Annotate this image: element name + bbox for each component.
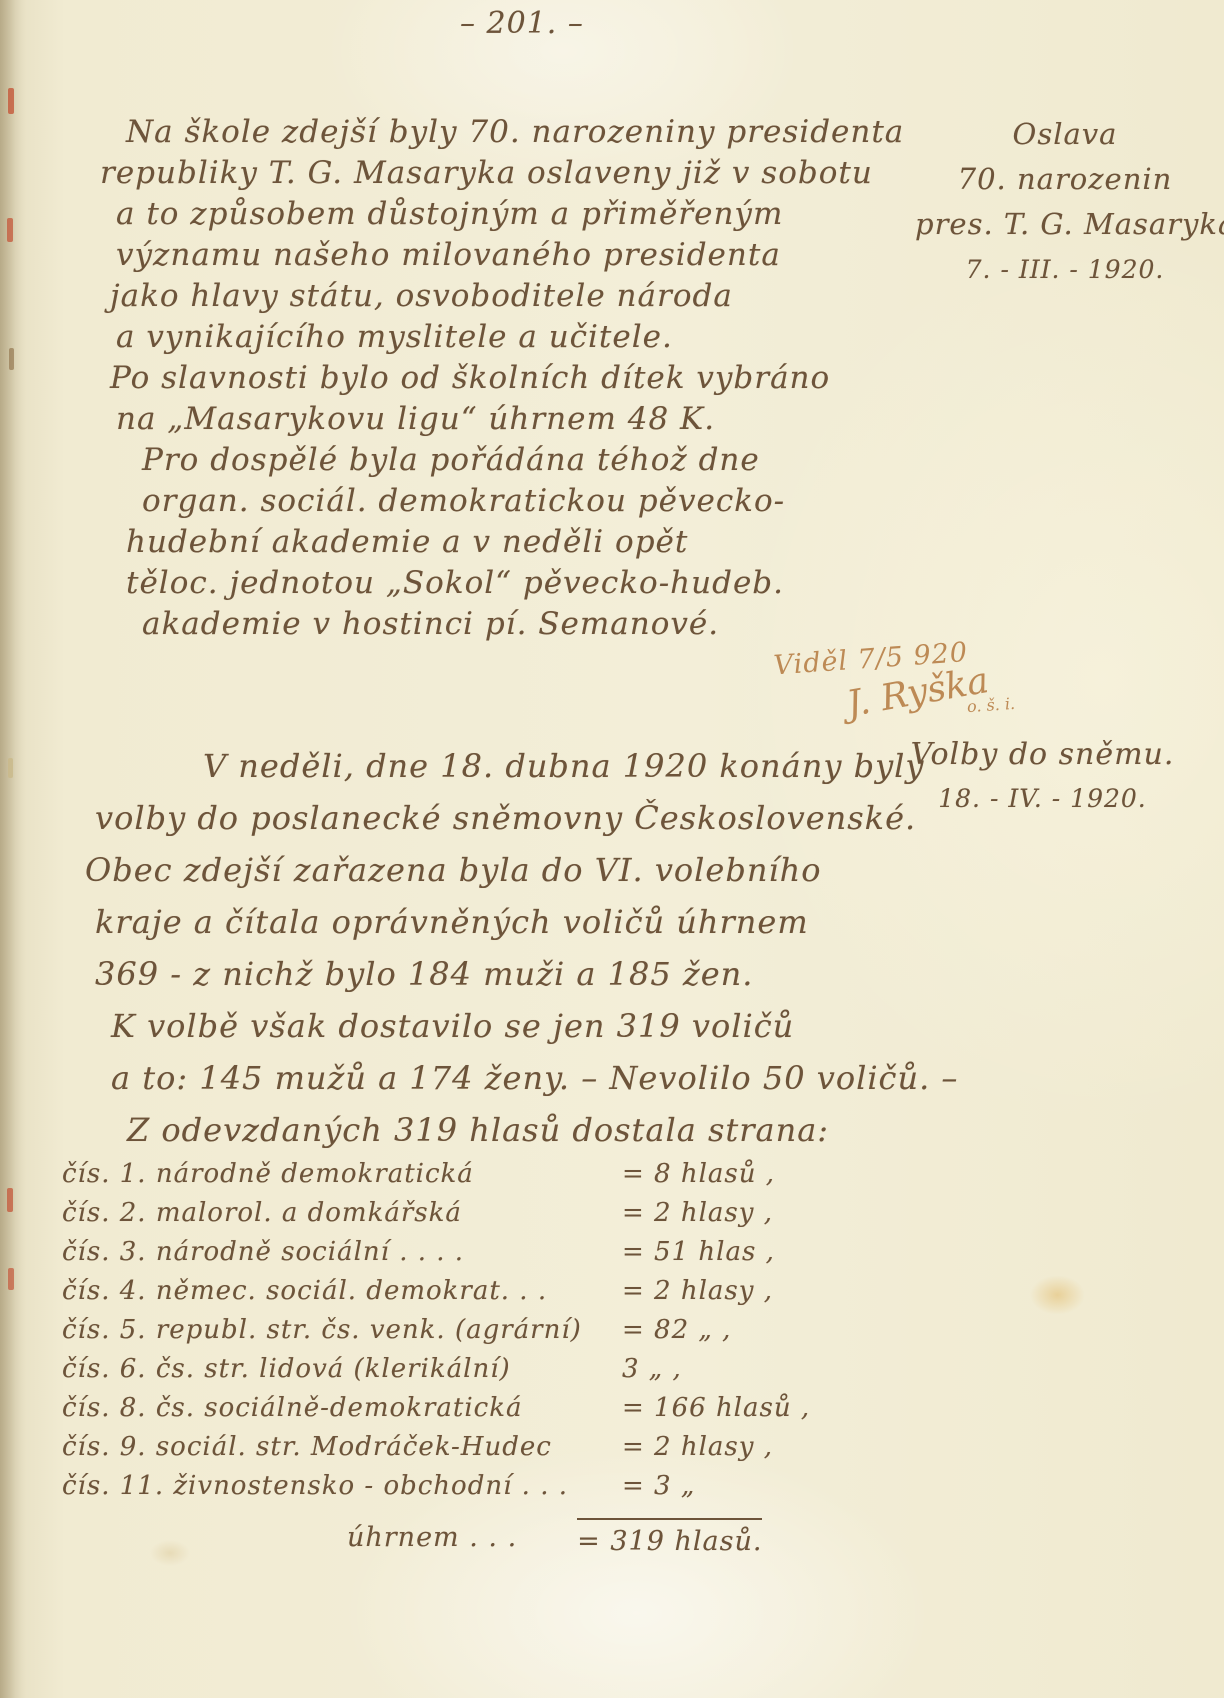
margin-note-line: Volby do sněmu. [870,733,1215,777]
margin-note-elections: Volby do sněmu. 18. - IV. - 1920. [870,733,1215,821]
text-line: 369 - z nichž bylo 184 muži a 185 žen. [85,948,925,1000]
party-label: čís. 11. živnostensko - obchodní . . . [62,1467,622,1506]
party-votes: = 51 hlas , [622,1233,775,1272]
result-row: čís. 6. čs. str. lidová (klerikální) 3 „… [62,1350,942,1389]
text-line: jako hlavy státu, osvoboditele národa [100,276,910,317]
text-line: K volbě však dostavilo se jen 319 voličů [85,1000,925,1052]
total-value: = 319 hlasů. [577,1518,762,1561]
text-line: Obec zdejší zařazena byla do VI. volební… [85,844,925,896]
result-row: čís. 5. republ. str. čs. venk. (agrární)… [62,1311,942,1350]
party-label: čís. 1. národně demokratická [62,1155,622,1194]
party-votes: = 2 hlasy , [622,1272,773,1311]
results-total: úhrnem . . . = 319 hlasů. [347,1518,942,1561]
margin-note-date: 18. - IV. - 1920. [870,777,1215,821]
entry2-paragraph: V neděli, dne 18. dubna 1920 konány byly… [85,740,925,1156]
text-line: a to: 145 mužů a 174 ženy. – Nevolilo 50… [85,1052,925,1104]
entry1-paragraph: Na škole zdejší byly 70. narozeniny pres… [100,112,910,645]
margin-note-line: pres. T. G. Masaryka [915,202,1215,247]
binding-mark [7,1188,13,1212]
party-label: čís. 8. čs. sociálně-demokratická [62,1389,622,1428]
party-label: čís. 3. národně sociální . . . . [62,1233,622,1272]
party-votes: = 8 hlasů , [622,1155,775,1194]
party-votes: 3 „ , [622,1350,682,1389]
text-line: a vynikajícího myslitele a učitele. [100,317,910,358]
text-line: republiky T. G. Masaryka oslaveny již v … [100,153,910,194]
result-row: čís. 1. národně demokratická = 8 hlasů , [62,1155,942,1194]
text-line: kraje a čítala oprávněných voličů úhrnem [85,896,925,948]
party-label: čís. 9. sociál. str. Modráček-Hudec [62,1428,622,1467]
text-line: Z odevzdaných 319 hlasů dostala strana: [85,1104,925,1156]
margin-note-line: 70. narozenin [915,157,1215,202]
margin-note-line: Oslava [915,112,1215,157]
text-line: akademie v hostinci pí. Semanové. [100,604,910,645]
text-line: na „Masarykovu ligu“ úhrnem 48 K. [100,399,910,440]
text-line: Po slavnosti bylo od školních dítek vybr… [100,358,910,399]
total-label: úhrnem . . . [347,1518,517,1561]
text-line: volby do poslanecké sněmovny Českosloven… [85,792,925,844]
paper-stain [1030,1275,1085,1315]
binding-edge [0,0,26,1698]
page-number: – 201. – [460,6,584,41]
binding-mark [9,348,14,370]
chronicle-page: – 201. – Na škole zdejší byly 70. naroze… [0,0,1224,1698]
party-votes: = 3 „ [622,1467,695,1506]
party-label: čís. 5. republ. str. čs. venk. (agrární) [62,1311,622,1350]
text-line: Pro dospělé byla pořádána téhož dne [100,440,910,481]
text-line: organ. sociál. demokratickou pěvecko- [100,481,910,522]
result-row: čís. 2. malorol. a domkářská = 2 hlasy , [62,1194,942,1233]
text-line: hudební akademie a v neděli opět [100,522,910,563]
election-results-list: čís. 1. národně demokratická = 8 hlasů ,… [62,1155,942,1561]
party-votes: = 2 hlasy , [622,1194,773,1233]
text-line: těloc. jednotou „Sokol“ pěvecko-hudeb. [100,563,910,604]
binding-mark [7,218,13,242]
party-votes: = 82 „ , [622,1311,731,1350]
party-label: čís. 4. němec. sociál. demokrat. . . [62,1272,622,1311]
text-line: Na škole zdejší byly 70. narozeniny pres… [100,112,910,153]
party-label: čís. 6. čs. str. lidová (klerikální) [62,1350,622,1389]
party-votes: = 2 hlasy , [622,1428,773,1467]
margin-note-date: 7. - III. - 1920. [915,247,1215,292]
text-line: V neděli, dne 18. dubna 1920 konány byly [85,740,925,792]
result-row: čís. 8. čs. sociálně-demokratická = 166 … [62,1389,942,1428]
party-votes: = 166 hlasů , [622,1389,810,1428]
binding-mark [8,758,13,778]
binding-mark [8,1268,14,1290]
result-row: čís. 9. sociál. str. Modráček-Hudec = 2 … [62,1428,942,1467]
text-line: významu našeho milovaného presidenta [100,235,910,276]
text-line: a to způsobem důstojným a přiměřeným [100,194,910,235]
margin-note-celebration: Oslava 70. narozenin pres. T. G. Masaryk… [915,112,1215,292]
result-row: čís. 3. národně sociální . . . . = 51 hl… [62,1233,942,1272]
party-label: čís. 2. malorol. a domkářská [62,1194,622,1233]
result-row: čís. 11. živnostensko - obchodní . . . =… [62,1467,942,1506]
result-row: čís. 4. němec. sociál. demokrat. . . = 2… [62,1272,942,1311]
binding-mark [8,88,14,114]
